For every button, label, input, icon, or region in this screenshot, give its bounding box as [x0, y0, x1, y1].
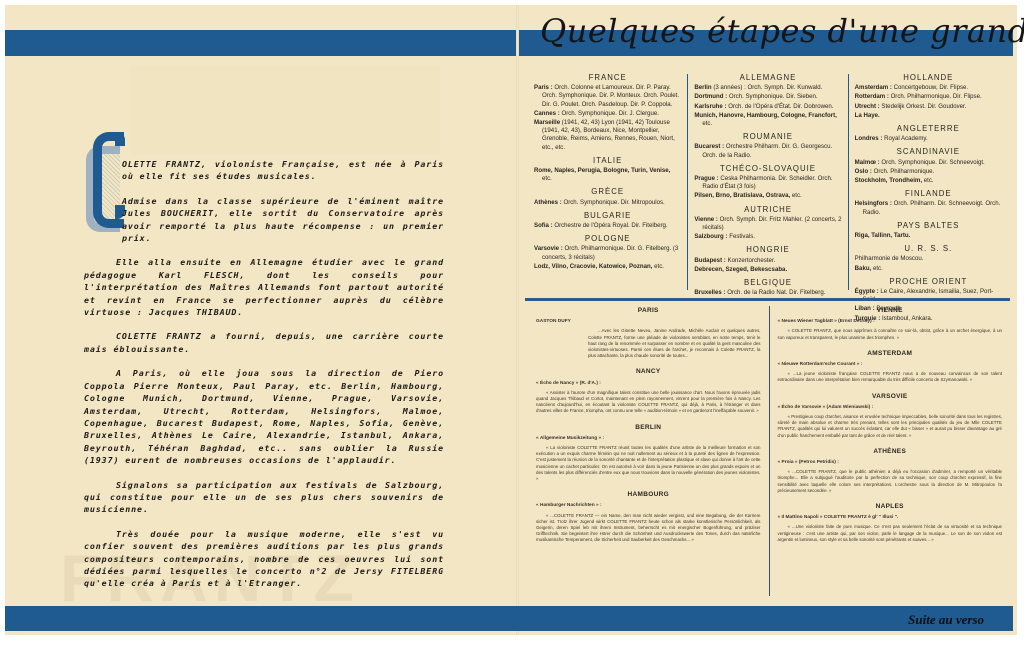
- city-detail: Royal Academy.: [884, 135, 928, 142]
- country-block: ROUMANIEBucarest : Orchestre Philharm. D…: [694, 133, 841, 160]
- review-source: « Écho de Nancy » (R. d'A.) :: [536, 381, 761, 387]
- country-block: PAYS BALTESRiga, Tallinn, Tartu.: [855, 222, 1002, 240]
- bio-paragraph: Admise dans la classe supérieure de l'ém…: [122, 195, 444, 245]
- city-entry: Debrecen, Szeged, Bekescsaba.: [694, 266, 841, 274]
- city-name: Paris :: [534, 84, 553, 91]
- city-entry: Salzbourg : Festivals.: [694, 233, 841, 241]
- country-heading: HONGRIE: [694, 246, 841, 254]
- review-text: ...Avec les Ginette Neveu, Janine Andrad…: [588, 328, 761, 359]
- city-entry: La Haye.: [855, 112, 1002, 120]
- bio-paragraph: A Paris, où elle joua sous la direction …: [84, 367, 444, 466]
- city-detail: Orchestre de l'Opéra Royal. Dir. Fitelbe…: [554, 222, 667, 229]
- country-heading: FINLANDE: [855, 190, 1002, 198]
- city-detail: (3 années) : Orch. Symph. Dir. Kunwald.: [713, 84, 822, 91]
- city-name: Karlsruhe :: [694, 103, 726, 110]
- review-source: « Allgemeine Musikzeitung » :: [536, 436, 761, 442]
- country-block: U. R. S. S. Philharmonie de Moscou.Baku,…: [855, 245, 1002, 273]
- city-entry: Rotterdam : Orch. Philharmonique. Dir. F…: [855, 93, 1002, 101]
- country-block: SCANDINAVIEMalmœ : Orch. Symphonique. Di…: [855, 148, 1002, 185]
- country-heading: BULGARIE: [534, 212, 681, 220]
- country-block: HONGRIEBudapest : Konzertorchester.Debre…: [694, 246, 841, 274]
- city-name: Égypte :: [855, 288, 879, 295]
- city-entry: Cannes : Orch. Symphonique. Dir. J. Cler…: [534, 110, 681, 118]
- city-detail: Orch. de l'Opéra d'État. Dir. Dobrowen.: [728, 103, 833, 110]
- country-block: BELGIQUEBruxelles : Orch. de la Radio Na…: [694, 279, 841, 297]
- city-entry: Paris : Orch. Colonne et Lamoureux. Dir.…: [534, 84, 681, 109]
- city-name: Baku,: [855, 265, 872, 272]
- city-entry: Dortmund : Orch. Symphonique. Dir. Siebe…: [694, 93, 841, 101]
- city-name: Oslo :: [855, 168, 872, 175]
- review-block: BERLIN« Allgemeine Musikzeitung » :« La …: [536, 425, 761, 483]
- review-block: VIENNE« Neues Wiener Tagblatt » (Ernst D…: [778, 308, 1003, 341]
- review-text: « COLETTE FRANTZ, que nous apprîmes à co…: [778, 328, 1003, 340]
- review-block: HAMBOURG« Hamburger Nachrichten » :« ...…: [536, 492, 761, 543]
- country-heading: ROUMANIE: [694, 133, 841, 141]
- review-block: NAPLES« Il Mattino Napoli » COLETTE FRAN…: [778, 504, 1003, 543]
- section-divider: [525, 298, 1010, 301]
- city-entry: Égypte : Le Caire, Alexandrie, Ismailia,…: [855, 288, 1002, 304]
- city-detail: Orch. Symphonique. Dir. Schneevoigt.: [881, 159, 984, 166]
- review-block: AMSTERDAM« Nieuwe Rotterdam'sche Courant…: [778, 351, 1003, 384]
- city-entry: Sofia : Orchestre de l'Opéra Royal. Dir.…: [534, 222, 681, 230]
- city-entry: Pilsen, Brno, Bratislava, Ostrava, etc.: [694, 192, 841, 200]
- city-entry: Rome, Naples, Perugia, Bologne, Turin, V…: [534, 167, 681, 183]
- city-name: Salzbourg :: [694, 233, 727, 240]
- city-name: Stockholm, Trondheim,: [855, 177, 922, 184]
- country-column: FRANCEParis : Orch. Colonne et Lamoureux…: [528, 74, 687, 290]
- city-detail: Orch. Philharmonique.: [874, 168, 935, 175]
- country-heading: POLOGNE: [534, 235, 681, 243]
- city-name: Rome, Naples, Perugia, Bologne, Turin, V…: [534, 167, 670, 174]
- city-detail: (1941, 42, 43) Lyon (1941, 42) Toulouse …: [542, 119, 675, 151]
- city-name: Sofia :: [534, 222, 553, 229]
- city-entry: Athènes : Orch. Symphonique. Dir. Mitrop…: [534, 199, 681, 207]
- city-detail: Orch. Philharmonique. Dir. Flipse.: [891, 93, 982, 100]
- city-name: Debrecen, Szeged, Bekescsaba.: [694, 266, 787, 273]
- city-name: Londres :: [855, 135, 883, 142]
- country-heading: AUTRICHE: [694, 206, 841, 214]
- review-text: « ...COLETTE FRANTZ, que le public athén…: [778, 469, 1003, 494]
- city-entry: Budapest : Konzertorchester.: [694, 257, 841, 265]
- city-name: Pilsen, Brno, Bratislava, Ostrava,: [694, 192, 790, 199]
- review-column: VIENNE« Neues Wiener Tagblatt » (Ernst D…: [769, 306, 1011, 596]
- city-detail: etc.: [542, 175, 552, 182]
- city-entry: Munich, Hanovre, Hambourg, Cologne, Fran…: [694, 112, 841, 128]
- city-entry: Bucarest : Orchestre Philharm. Dir. G. G…: [694, 143, 841, 159]
- city-entry: Oslo : Orch. Philharmonique.: [855, 168, 1002, 176]
- country-heading: HOLLANDE: [855, 74, 1002, 82]
- review-city: ATHÈNES: [778, 449, 1003, 455]
- city-entry: Londres : Royal Academy.: [855, 135, 1002, 143]
- city-name: Lodz, Vilno, Cracovie, Katowice, Poznan,: [534, 263, 652, 270]
- review-city: HAMBOURG: [536, 492, 761, 498]
- review-text: « La violoniste COLETTE FRANTZ réunit to…: [536, 445, 761, 482]
- country-heading: ANGLETERRE: [855, 125, 1002, 133]
- city-name: Helsingfors :: [855, 200, 892, 207]
- country-heading: PAYS BALTES: [855, 222, 1002, 230]
- review-city: AMSTERDAM: [778, 351, 1003, 357]
- bio-paragraph: Elle alla ensuite en Allemagne étudier a…: [84, 256, 444, 318]
- city-detail: etc.: [924, 177, 934, 184]
- country-column: HOLLANDEAmsterdam : Concertgebouw, Dir. …: [848, 74, 1008, 290]
- city-name: Malmœ :: [855, 159, 880, 166]
- city-entry: Stockholm, Trondheim, etc.: [855, 177, 1002, 185]
- review-source: « Il Mattino Napoli » COLETTE FRANTZ è g…: [778, 515, 1003, 521]
- review-text: « Prestigieux coup d'archet, aisance et …: [778, 414, 1003, 439]
- bio-paragraph: OLETTE FRANTZ, violoniste Française, est…: [122, 158, 444, 183]
- city-detail: Konzertorchester.: [728, 257, 776, 264]
- city-detail: Philharmonie de Moscou.: [855, 255, 924, 262]
- country-block: AUTRICHEVienne : Orch. Symph. Dir. Fritz…: [694, 206, 841, 242]
- city-entry: Varsovie : Orch. Philharmonique. Dir. G.…: [534, 245, 681, 261]
- country-heading: BELGIQUE: [694, 279, 841, 287]
- city-name: Athènes :: [534, 199, 562, 206]
- city-detail: Orch. Symph. Dir. Fritz Mahler. (2 conce…: [702, 216, 841, 231]
- city-name: Utrecht :: [855, 103, 880, 110]
- city-detail: Ceska Philharmonia. Dir. Scheidler. Orch…: [702, 175, 832, 190]
- city-entry: Lodz, Vilno, Cracovie, Katowice, Poznan,…: [534, 263, 681, 271]
- city-entry: Baku, etc.: [855, 265, 1002, 273]
- city-name: Marseille: [534, 119, 560, 126]
- top-band-left: [5, 30, 516, 56]
- city-name: Munich, Hanovre, Hambourg, Cologne, Fran…: [694, 112, 837, 119]
- city-detail: Stedelijk Orkest. Dir. Goudover.: [881, 103, 966, 110]
- city-name: Rotterdam :: [855, 93, 889, 100]
- country-block: ALLEMAGNEBerlin (3 années) : Orch. Symph…: [694, 74, 841, 128]
- city-entry: Utrecht : Stedelijk Orkest. Dir. Goudove…: [855, 103, 1002, 111]
- city-detail: etc.: [654, 263, 664, 270]
- review-column: PARISGASTON DUFY...Avec les Ginette Neve…: [528, 306, 769, 596]
- continued-overleaf-note: Suite au verso: [908, 612, 984, 628]
- city-detail: Festivals.: [729, 233, 755, 240]
- review-text: « ...La jeune violoniste française COLET…: [778, 371, 1003, 383]
- country-block: ITALIERome, Naples, Perugia, Bologne, Tu…: [534, 157, 681, 184]
- review-source: GASTON DUFY: [536, 319, 761, 325]
- city-name: Budapest :: [694, 257, 726, 264]
- city-detail: Orch. Symphonique. Dir. Sieben.: [729, 93, 818, 100]
- country-heading: U. R. S. S.: [855, 245, 1002, 253]
- city-entry: Vienne : Orch. Symph. Dir. Fritz Mahler.…: [694, 216, 841, 232]
- city-name: Dortmund :: [694, 93, 727, 100]
- country-heading: SCANDINAVIE: [855, 148, 1002, 156]
- page-title: Quelques étapes d'une grande carrière: [540, 12, 1024, 50]
- city-name: Vienne :: [694, 216, 718, 223]
- city-name: Cannes :: [534, 110, 560, 117]
- review-source: « Écho de Varsovie » (Adam Wieniawski) :: [778, 405, 1003, 411]
- city-name: Amsterdam :: [855, 84, 892, 91]
- country-heading: PROCHE ORIENT: [855, 278, 1002, 286]
- bio-paragraph: Signalons sa participation aux festivals…: [84, 479, 444, 516]
- city-detail: Orch. Philharmonique. Dir. G. Fitelberg.…: [542, 245, 678, 260]
- city-name: Berlin: [694, 84, 711, 91]
- review-city: NAPLES: [778, 504, 1003, 510]
- review-block: ATHÈNES« Proia » (Petros Petridis) :« ..…: [778, 449, 1003, 494]
- city-detail: etc.: [873, 265, 883, 272]
- countries-list: FRANCEParis : Orch. Colonne et Lamoureux…: [528, 74, 1008, 290]
- city-detail: Concertgebouw, Dir. Flipse.: [894, 84, 969, 91]
- city-name: Riga, Tallinn, Tartu.: [855, 232, 911, 239]
- country-heading: ITALIE: [534, 157, 681, 165]
- city-detail: etc.: [702, 120, 712, 127]
- city-detail: Le Caire, Alexandrie, Ismailia, Suez, Po…: [863, 288, 994, 303]
- review-source: « Hamburger Nachrichten » :: [536, 503, 761, 509]
- city-entry: Marseille (1941, 42, 43) Lyon (1941, 42)…: [534, 119, 681, 152]
- country-heading: ALLEMAGNE: [694, 74, 841, 82]
- review-city: VARSOVIE: [778, 394, 1003, 400]
- country-block: TCHÉCO-SLOVAQUIEPrague : Ceska Philharmo…: [694, 165, 841, 201]
- review-text: « ...Une violoniste faite de pure musiqu…: [778, 524, 1003, 543]
- review-city: NANCY: [536, 369, 761, 375]
- review-source: « Proia » (Petros Petridis) :: [778, 460, 1003, 466]
- country-block: BULGARIESofia : Orchestre de l'Opéra Roy…: [534, 212, 681, 230]
- review-city: BERLIN: [536, 425, 761, 431]
- country-column: ALLEMAGNEBerlin (3 années) : Orch. Symph…: [687, 74, 847, 290]
- city-entry: Prague : Ceska Philharmonia. Dir. Scheid…: [694, 175, 841, 191]
- review-block: NANCY« Écho de Nancy » (R. d'A.) :« Assi…: [536, 369, 761, 414]
- city-detail: etc.: [792, 192, 802, 199]
- country-block: ANGLETERRELondres : Royal Academy.: [855, 125, 1002, 143]
- city-detail: Orch. Symphonique. Dir. J. Clergue.: [561, 110, 659, 117]
- city-entry: Amsterdam : Concertgebouw, Dir. Flipse.: [855, 84, 1002, 92]
- country-block: GRÈCEAthènes : Orch. Symphonique. Dir. M…: [534, 188, 681, 206]
- country-heading: TCHÉCO-SLOVAQUIE: [694, 165, 841, 173]
- city-entry: Berlin (3 années) : Orch. Symph. Dir. Ku…: [694, 84, 841, 92]
- faded-photo-area: [130, 65, 440, 155]
- bio-paragraph: COLETTE FRANTZ a fourni, depuis, une car…: [84, 330, 444, 355]
- country-heading: FRANCE: [534, 74, 681, 82]
- city-entry: Riga, Tallinn, Tartu.: [855, 232, 1002, 240]
- city-entry: Karlsruhe : Orch. de l'Opéra d'État. Dir…: [694, 103, 841, 111]
- center-fold: [516, 5, 519, 635]
- city-name: Bruxelles :: [694, 289, 725, 296]
- city-detail: Orch. Colonne et Lamoureux. Dir. P. Para…: [542, 84, 679, 107]
- biography-text: OLETTE FRANTZ, violoniste Française, est…: [84, 158, 444, 602]
- city-entry: Philharmonie de Moscou.: [855, 255, 1002, 263]
- city-entry: Bruxelles : Orch. de la Radio Nat. Dir. …: [694, 289, 841, 297]
- review-city: VIENNE: [778, 308, 1003, 314]
- review-text: « Assister à l'aurore d'un magnifique ta…: [536, 390, 761, 415]
- country-block: HOLLANDEAmsterdam : Concertgebouw, Dir. …: [855, 74, 1002, 120]
- review-source: « Nieuwe Rotterdam'sche Courant » :: [778, 362, 1003, 368]
- bio-paragraph: Très douée pour la musique moderne, elle…: [84, 528, 444, 590]
- city-name: Bucarest :: [694, 143, 724, 150]
- review-source: « Neues Wiener Tagblatt » (Ernst Decsey)…: [778, 319, 1003, 325]
- country-heading: GRÈCE: [534, 188, 681, 196]
- country-block: FINLANDEHelsingfors : Orch. Philharm. Di…: [855, 190, 1002, 217]
- country-block: FRANCEParis : Orch. Colonne et Lamoureux…: [534, 74, 681, 152]
- country-block: POLOGNEVarsovie : Orch. Philharmonique. …: [534, 235, 681, 271]
- city-name: Varsovie :: [534, 245, 563, 252]
- review-city: PARIS: [536, 308, 761, 314]
- city-detail: Orch. de la Radio Nat. Dir. Fitelberg.: [727, 289, 825, 296]
- review-block: PARISGASTON DUFY...Avec les Ginette Neve…: [536, 308, 761, 359]
- city-name: Prague :: [694, 175, 718, 182]
- city-entry: Malmœ : Orch. Symphonique. Dir. Schneevo…: [855, 159, 1002, 167]
- city-entry: Helsingfors : Orch. Philharm. Dir. Schne…: [855, 200, 1002, 216]
- city-detail: Orch. Symphonique. Dir. Mitropoulos.: [563, 199, 664, 206]
- city-name: La Haye.: [855, 112, 880, 119]
- review-text: « ...COLETTE FRANTZ — ein Name, den man …: [536, 513, 761, 544]
- press-reviews: PARISGASTON DUFY...Avec les Ginette Neve…: [528, 306, 1010, 596]
- review-block: VARSOVIE« Écho de Varsovie » (Adam Wieni…: [778, 394, 1003, 439]
